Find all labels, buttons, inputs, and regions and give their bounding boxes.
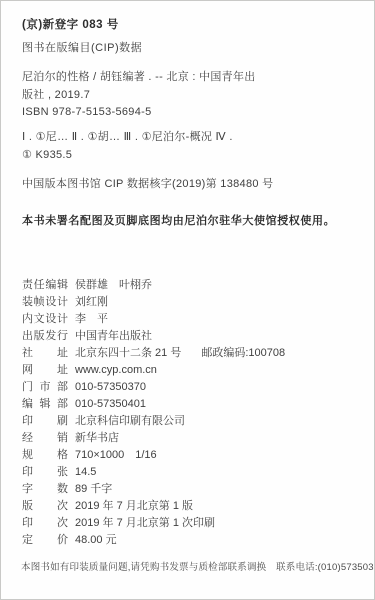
colophon-label: 出版发行	[22, 328, 68, 345]
colophon-row: 印刷北京科信印刷有限公司	[22, 413, 364, 430]
colophon-label: 印次	[22, 515, 68, 532]
colophon-extra: 邮政编码:100708	[201, 345, 285, 362]
colophon-row: 责任编辑侯群雄 叶栩乔	[22, 277, 364, 294]
colophon-row: 定价48.00 元	[22, 532, 364, 549]
colophon-row: 印张14.5	[22, 464, 364, 481]
colophon-value: 刘红刚	[75, 294, 108, 311]
colophon-value: 710×1000 1/16	[75, 447, 157, 464]
colophon-value: 48.00 元	[75, 532, 117, 549]
isbn-line: ISBN 978-7-5153-5694-5	[22, 104, 360, 122]
cip-classification-block: Ⅰ . ①尼… Ⅱ . ①胡… Ⅲ . ①尼泊尔-概况 Ⅳ . ① K935.5	[22, 129, 233, 164]
colophon-label: 编辑部	[22, 396, 68, 413]
colophon-label: 社址	[22, 345, 68, 362]
colophon-label: 内文设计	[22, 311, 68, 328]
colophon-row: 网址www.cyp.com.cn	[22, 362, 364, 379]
colophon-label: 版次	[22, 498, 68, 515]
cip-classification-line2: ① K935.5	[22, 147, 233, 165]
colophon-row: 经销新华书店	[22, 430, 364, 447]
colophon-label: 责任编辑	[22, 277, 68, 294]
colophon-row: 内文设计李 平	[22, 311, 364, 328]
colophon-value: 010-57350370	[75, 379, 146, 396]
quality-notice: 本图书如有印装质量问题,请凭购书发票与质检部联系调换 联系电话:(010)573…	[21, 559, 375, 573]
colophon-row: 出版发行中国青年出版社	[22, 328, 364, 345]
cip-data-title: 图书在版编目(CIP)数据	[22, 39, 142, 55]
colophon-label: 印刷	[22, 413, 68, 430]
colophon-value: 010-57350401	[75, 396, 146, 413]
colophon-value: www.cyp.com.cn	[75, 362, 157, 379]
cip-entry-line1: 尼泊尔的性格 / 胡钰编著 . -- 北京 : 中国青年出	[22, 69, 360, 87]
authorization-note: 本书未署名配图及页脚底图均由尼泊尔驻华大使馆授权使用。	[22, 212, 335, 228]
colophon-row: 字数89 千字	[22, 481, 364, 498]
colophon-label: 经销	[22, 430, 68, 447]
cip-record-number-line: 中国版本图书馆 CIP 数据核字(2019)第 138480 号	[22, 175, 273, 191]
colophon-row: 门市部010-57350370	[22, 379, 364, 396]
colophon-label: 装帧设计	[22, 294, 68, 311]
cip-entry-block: 尼泊尔的性格 / 胡钰编著 . -- 北京 : 中国青年出 版社 , 2019.…	[22, 69, 360, 122]
colophon-row: 规格710×1000 1/16	[22, 447, 364, 464]
colophon-label: 字数	[22, 481, 68, 498]
colophon-value: 北京东四十二条 21 号	[75, 345, 181, 362]
colophon-table: 责任编辑侯群雄 叶栩乔装帧设计刘红刚内文设计李 平出版发行中国青年出版社社址北京…	[22, 277, 364, 549]
colophon-label: 印张	[22, 464, 68, 481]
colophon-row: 编辑部010-57350401	[22, 396, 364, 413]
colophon-row: 装帧设计刘红刚	[22, 294, 364, 311]
colophon-row: 社址北京东四十二条 21 号邮政编码:100708	[22, 345, 364, 362]
cip-classification-line1: Ⅰ . ①尼… Ⅱ . ①胡… Ⅲ . ①尼泊尔-概况 Ⅳ .	[22, 129, 233, 147]
colophon-label: 门市部	[22, 379, 68, 396]
colophon-label: 规格	[22, 447, 68, 464]
colophon-value: 2019 年 7 月北京第 1 次印刷	[75, 515, 215, 532]
cip-entry-line2: 版社 , 2019.7	[22, 87, 360, 105]
colophon-value: 侯群雄 叶栩乔	[75, 277, 152, 294]
colophon-row: 版次2019 年 7 月北京第 1 版	[22, 498, 364, 515]
colophon-value: 14.5	[75, 464, 96, 481]
colophon-row: 印次2019 年 7 月北京第 1 次印刷	[22, 515, 364, 532]
colophon-value: 中国青年出版社	[75, 328, 152, 345]
colophon-value: 北京科信印刷有限公司	[75, 413, 185, 430]
colophon-value: 89 千字	[75, 481, 112, 498]
colophon-value: 李 平	[75, 311, 108, 328]
colophon-value: 新华书店	[75, 430, 119, 447]
copyright-page: (京)新登字 083 号 图书在版编目(CIP)数据 尼泊尔的性格 / 胡钰编著…	[0, 0, 375, 600]
registration-number-line: (京)新登字 083 号	[22, 16, 119, 32]
colophon-value: 2019 年 7 月北京第 1 版	[75, 498, 193, 515]
colophon-label: 定价	[22, 532, 68, 549]
colophon-label: 网址	[22, 362, 68, 379]
